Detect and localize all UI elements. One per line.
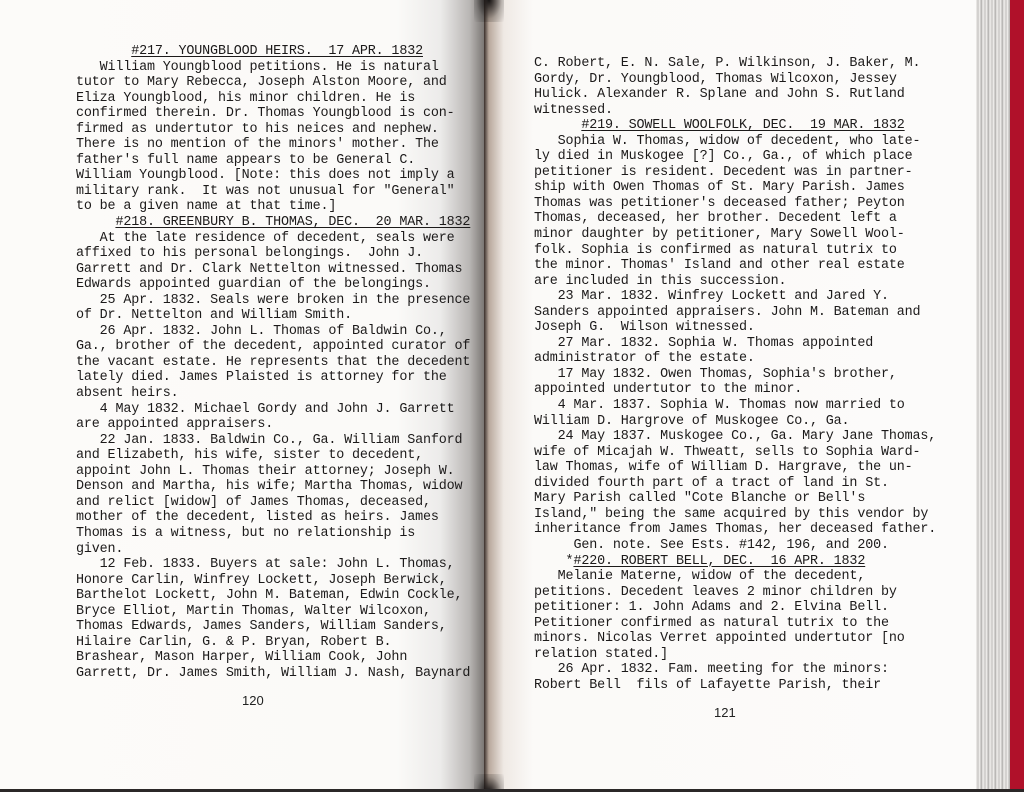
indent bbox=[76, 44, 131, 59]
heading-text: #218. GREENBURY B. THOMAS, DEC. 20 MAR. … bbox=[115, 215, 470, 230]
text-line: Garrett, Dr. James Smith, William J. Nas… bbox=[76, 666, 470, 682]
indent bbox=[534, 336, 558, 351]
line-text: Ga., brother of the decedent, appointed … bbox=[76, 339, 470, 354]
line-text: 4 May 1832. Michael Gordy and John J. Ga… bbox=[100, 402, 455, 417]
text-line: Edwards appointed guardian of the belong… bbox=[76, 277, 470, 293]
text-line: Petitioner confirmed as natural tutrix t… bbox=[534, 616, 936, 632]
text-line: 12 Feb. 1833. Buyers at sale: John L. Th… bbox=[76, 557, 470, 573]
line-text: absent heirs. bbox=[76, 386, 179, 401]
text-line: relation stated.] bbox=[534, 647, 936, 663]
text-line: 26 Apr. 1832. Fam. meeting for the minor… bbox=[534, 662, 936, 678]
book-cover-edge bbox=[1010, 0, 1024, 792]
line-text: mother of the decedent, listed as heirs.… bbox=[76, 510, 439, 525]
text-line: 24 May 1837. Muskogee Co., Ga. Mary Jane… bbox=[534, 429, 936, 445]
text-line: administrator of the estate. bbox=[534, 351, 936, 367]
line-text: ly died in Muskogee [?] Co., Ga., of whi… bbox=[534, 149, 913, 164]
indent bbox=[534, 398, 558, 413]
line-text: Petitioner confirmed as natural tutrix t… bbox=[534, 616, 889, 631]
text-line: military rank. It was not unusual for "G… bbox=[76, 184, 470, 200]
text-line: Thomas is a witness, but no relationship… bbox=[76, 526, 470, 542]
left-page-text: #217. YOUNGBLOOD HEIRS. 17 APR. 1832 Wil… bbox=[76, 44, 470, 681]
text-line: Thomas was petitioner's deceased father;… bbox=[534, 196, 936, 212]
text-line: Island," being the same acquired by this… bbox=[534, 507, 936, 523]
line-text: Bryce Elliot, Martin Thomas, Walter Wilc… bbox=[76, 604, 431, 619]
line-text: 4 Mar. 1837. Sophia W. Thomas now marrie… bbox=[558, 398, 905, 413]
indent bbox=[76, 433, 100, 448]
text-line: ship with Owen Thomas of St. Mary Parish… bbox=[534, 180, 936, 196]
line-text: the minor. Thomas' Island and other real… bbox=[534, 258, 905, 273]
text-line: law Thomas, wife of William D. Hargrave,… bbox=[534, 460, 936, 476]
line-text: of Dr. Nettelton and William Smith. bbox=[76, 308, 352, 323]
line-text: Eliza Youngblood, his minor children. He… bbox=[76, 91, 415, 106]
text-line: petitioner: 1. John Adams and 2. Elvina … bbox=[534, 600, 936, 616]
text-line: ly died in Muskogee [?] Co., Ga., of whi… bbox=[534, 149, 936, 165]
line-text: Gordy, Dr. Youngblood, Thomas Wilcoxon, … bbox=[534, 72, 897, 87]
line-text: are included in this succession. bbox=[534, 274, 786, 289]
line-text: military rank. It was not unusual for "G… bbox=[76, 184, 455, 199]
line-text: minor daughter by petitioner, Mary Sowel… bbox=[534, 227, 905, 242]
text-line: are included in this succession. bbox=[534, 274, 936, 290]
text-line: inheritance from James Thomas, her decea… bbox=[534, 522, 936, 538]
text-line: Sophia W. Thomas, widow of decedent, who… bbox=[534, 134, 936, 150]
line-text: father's full name appears to be General… bbox=[76, 153, 415, 168]
heading-text: #217. YOUNGBLOOD HEIRS. 17 APR. 1832 bbox=[131, 44, 423, 59]
entry-heading: *#220. ROBERT BELL, DEC. 16 APR. 1832 bbox=[534, 554, 936, 570]
line-text: minors. Nicolas Verret appointed undertu… bbox=[534, 631, 905, 646]
text-line: the vacant estate. He represents that th… bbox=[76, 355, 470, 371]
line-text: Thomas was petitioner's deceased father;… bbox=[534, 196, 905, 211]
right-page: C. Robert, E. N. Sale, P. Wilkinson, J. … bbox=[484, 0, 976, 792]
text-line: 25 Apr. 1832. Seals were broken in the p… bbox=[76, 293, 470, 309]
line-text: Honore Carlin, Winfrey Lockett, Joseph B… bbox=[76, 573, 447, 588]
indent bbox=[534, 367, 558, 382]
text-line: witnessed. bbox=[534, 103, 936, 119]
line-text: confirmed therein. Dr. Thomas Youngblood… bbox=[76, 106, 455, 121]
text-line: father's full name appears to be General… bbox=[76, 153, 470, 169]
text-line: to be a given name at that time.] bbox=[76, 199, 470, 215]
line-text: Island," being the same acquired by this… bbox=[534, 507, 928, 522]
indent bbox=[534, 134, 558, 149]
entry-heading: #217. YOUNGBLOOD HEIRS. 17 APR. 1832 bbox=[76, 44, 470, 60]
text-line: of Dr. Nettelton and William Smith. bbox=[76, 308, 470, 324]
indent bbox=[76, 402, 100, 417]
line-text: tutor to Mary Rebecca, Joseph Alston Moo… bbox=[76, 75, 447, 90]
line-text: Thomas, deceased, her brother. Decedent … bbox=[534, 211, 897, 226]
line-text: administrator of the estate. bbox=[534, 351, 755, 366]
line-text: Garrett and Dr. Clark Nettelton witnesse… bbox=[76, 262, 462, 277]
text-line: Gen. note. See Ests. #142, 196, and 200. bbox=[534, 538, 936, 554]
right-page-text: C. Robert, E. N. Sale, P. Wilkinson, J. … bbox=[534, 56, 936, 693]
line-text: to be a given name at that time.] bbox=[76, 199, 336, 214]
text-line: Denson and Martha, his wife; Martha Thom… bbox=[76, 479, 470, 495]
line-text: At the late residence of decedent, seals… bbox=[100, 231, 455, 246]
line-text: inheritance from James Thomas, her decea… bbox=[534, 522, 936, 537]
text-line: confirmed therein. Dr. Thomas Youngblood… bbox=[76, 106, 470, 122]
line-text: Brashear, Mason Harper, William Cook, Jo… bbox=[76, 650, 407, 665]
line-text: C. Robert, E. N. Sale, P. Wilkinson, J. … bbox=[534, 56, 920, 71]
heading-text: #219. SOWELL WOOLFOLK, DEC. 19 MAR. 1832 bbox=[581, 118, 904, 133]
text-line: 27 Mar. 1832. Sophia W. Thomas appointed bbox=[534, 336, 936, 352]
text-line: the minor. Thomas' Island and other real… bbox=[534, 258, 936, 274]
line-text: Melanie Materne, widow of the decedent, bbox=[558, 569, 866, 584]
line-text: and relict [widow] of James Thomas, dece… bbox=[76, 495, 431, 510]
line-text: Thomas is a witness, but no relationship… bbox=[76, 526, 415, 541]
indent bbox=[534, 429, 558, 444]
line-text: Hulick. Alexander R. Splane and John S. … bbox=[534, 87, 905, 102]
text-line: minors. Nicolas Verret appointed undertu… bbox=[534, 631, 936, 647]
text-line: 17 May 1832. Owen Thomas, Sophia's broth… bbox=[534, 367, 936, 383]
right-page-number: 121 bbox=[714, 705, 736, 720]
line-text: William D. Hargrove of Muskogee Co., Ga. bbox=[534, 414, 849, 429]
line-text: petitioner: 1. John Adams and 2. Elvina … bbox=[534, 600, 889, 615]
text-line: Hulick. Alexander R. Splane and John S. … bbox=[534, 87, 936, 103]
text-line: Gordy, Dr. Youngblood, Thomas Wilcoxon, … bbox=[534, 72, 936, 88]
text-line: Ga., brother of the decedent, appointed … bbox=[76, 339, 470, 355]
left-page: #217. YOUNGBLOOD HEIRS. 17 APR. 1832 Wil… bbox=[0, 0, 484, 792]
line-text: 25 Apr. 1832. Seals were broken in the p… bbox=[100, 293, 471, 308]
line-text: relation stated.] bbox=[534, 647, 668, 662]
line-text: wife of Micajah W. Thweatt, sells to Sop… bbox=[534, 445, 920, 460]
line-text: and Elizabeth, his wife, sister to deced… bbox=[76, 448, 423, 463]
entry-heading: #219. SOWELL WOOLFOLK, DEC. 19 MAR. 1832 bbox=[534, 118, 936, 134]
text-line: Garrett and Dr. Clark Nettelton witnesse… bbox=[76, 262, 470, 278]
text-line: 23 Mar. 1832. Winfrey Lockett and Jared … bbox=[534, 289, 936, 305]
line-text: Joseph G. Wilson witnessed. bbox=[534, 320, 755, 335]
indent bbox=[534, 538, 573, 553]
line-text: ship with Owen Thomas of St. Mary Parish… bbox=[534, 180, 905, 195]
line-text: 23 Mar. 1832. Winfrey Lockett and Jared … bbox=[558, 289, 889, 304]
line-text: Sophia W. Thomas, widow of decedent, who… bbox=[558, 134, 921, 149]
line-text: Sanders appointed appraisers. John M. Ba… bbox=[534, 305, 920, 320]
line-text: 26 Apr. 1832. Fam. meeting for the minor… bbox=[558, 662, 889, 677]
line-text: 24 May 1837. Muskogee Co., Ga. Mary Jane… bbox=[558, 429, 937, 444]
text-line: absent heirs. bbox=[76, 386, 470, 402]
text-line: given. bbox=[76, 542, 470, 558]
text-line: appointed undertutor to the minor. bbox=[534, 382, 936, 398]
text-line: and Elizabeth, his wife, sister to deced… bbox=[76, 448, 470, 464]
text-line: Honore Carlin, Winfrey Lockett, Joseph B… bbox=[76, 573, 470, 589]
text-line: lately died. James Plaisted is attorney … bbox=[76, 370, 470, 386]
text-line: Joseph G. Wilson witnessed. bbox=[534, 320, 936, 336]
line-text: Thomas Edwards, James Sanders, William S… bbox=[76, 619, 447, 634]
line-text: affixed to his personal belongings. John… bbox=[76, 246, 423, 261]
page-edges bbox=[976, 0, 1010, 792]
text-line: William D. Hargrove of Muskogee Co., Ga. bbox=[534, 414, 936, 430]
line-text: law Thomas, wife of William D. Hargrave,… bbox=[534, 460, 913, 475]
text-line: Hilaire Carlin, G. & P. Bryan, Robert B. bbox=[76, 635, 470, 651]
indent bbox=[534, 569, 558, 584]
text-line: Melanie Materne, widow of the decedent, bbox=[534, 569, 936, 585]
line-text: petitions. Decedent leaves 2 minor child… bbox=[534, 585, 897, 600]
text-line: affixed to his personal belongings. John… bbox=[76, 246, 470, 262]
line-text: appointed undertutor to the minor. bbox=[534, 382, 802, 397]
entry-heading: #218. GREENBURY B. THOMAS, DEC. 20 MAR. … bbox=[76, 215, 470, 231]
text-line: 26 Apr. 1832. John L. Thomas of Baldwin … bbox=[76, 324, 470, 340]
text-line: There is no mention of the minors' mothe… bbox=[76, 137, 470, 153]
text-line: petitions. Decedent leaves 2 minor child… bbox=[534, 585, 936, 601]
line-text: firmed as undertutor to his neices and n… bbox=[76, 122, 439, 137]
text-line: Mary Parish called "Cote Blanche or Bell… bbox=[534, 491, 936, 507]
text-line: tutor to Mary Rebecca, Joseph Alston Moo… bbox=[76, 75, 470, 91]
text-line: firmed as undertutor to his neices and n… bbox=[76, 122, 470, 138]
book-spread: #217. YOUNGBLOOD HEIRS. 17 APR. 1832 Wil… bbox=[0, 0, 1024, 792]
line-text: lately died. James Plaisted is attorney … bbox=[76, 370, 447, 385]
indent bbox=[76, 324, 100, 339]
line-text: William Youngblood petitions. He is natu… bbox=[100, 60, 439, 75]
text-line: Sanders appointed appraisers. John M. Ba… bbox=[534, 305, 936, 321]
heading-text: #220. ROBERT BELL, DEC. 16 APR. 1832 bbox=[573, 554, 865, 569]
indent: * bbox=[534, 554, 573, 569]
text-line: wife of Micajah W. Thweatt, sells to Sop… bbox=[534, 445, 936, 461]
line-text: Edwards appointed guardian of the belong… bbox=[76, 277, 431, 292]
line-text: the vacant estate. He represents that th… bbox=[76, 355, 470, 370]
text-line: folk. Sophia is confirmed as natural tut… bbox=[534, 243, 936, 259]
line-text: witnessed. bbox=[534, 103, 613, 118]
text-line: are appointed appraisers. bbox=[76, 417, 470, 433]
indent bbox=[76, 557, 100, 572]
text-line: petitioner is resident. Decedent was in … bbox=[534, 165, 936, 181]
line-text: Robert Bell fils of Lafayette Parish, th… bbox=[534, 678, 881, 693]
indent bbox=[534, 662, 558, 677]
line-text: Gen. note. See Ests. #142, 196, and 200. bbox=[573, 538, 888, 553]
line-text: are appointed appraisers. bbox=[76, 417, 273, 432]
line-text: William Youngblood. [Note: this does not… bbox=[76, 168, 455, 183]
indent bbox=[534, 118, 581, 133]
indent bbox=[76, 60, 100, 75]
text-line: divided fourth part of a tract of land i… bbox=[534, 476, 936, 492]
text-line: Robert Bell fils of Lafayette Parish, th… bbox=[534, 678, 936, 694]
indent bbox=[76, 293, 100, 308]
text-line: and relict [widow] of James Thomas, dece… bbox=[76, 495, 470, 511]
text-line: 4 Mar. 1837. Sophia W. Thomas now marrie… bbox=[534, 398, 936, 414]
line-text: There is no mention of the minors' mothe… bbox=[76, 137, 439, 152]
text-line: Thomas Edwards, James Sanders, William S… bbox=[76, 619, 470, 635]
line-text: 12 Feb. 1833. Buyers at sale: John L. Th… bbox=[100, 557, 455, 572]
indent bbox=[76, 215, 115, 230]
line-text: Denson and Martha, his wife; Martha Thom… bbox=[76, 479, 462, 494]
line-text: 26 Apr. 1832. John L. Thomas of Baldwin … bbox=[100, 324, 447, 339]
text-line: 22 Jan. 1833. Baldwin Co., Ga. William S… bbox=[76, 433, 470, 449]
line-text: appoint John L. Thomas their attorney; J… bbox=[76, 464, 455, 479]
text-line: William Youngblood. [Note: this does not… bbox=[76, 168, 470, 184]
indent bbox=[534, 289, 558, 304]
line-text: Garrett, Dr. James Smith, William J. Nas… bbox=[76, 666, 470, 681]
text-line: mother of the decedent, listed as heirs.… bbox=[76, 510, 470, 526]
text-line: At the late residence of decedent, seals… bbox=[76, 231, 470, 247]
line-text: given. bbox=[76, 542, 123, 557]
text-line: Thomas, deceased, her brother. Decedent … bbox=[534, 211, 936, 227]
text-line: appoint John L. Thomas their attorney; J… bbox=[76, 464, 470, 480]
indent bbox=[76, 231, 100, 246]
line-text: folk. Sophia is confirmed as natural tut… bbox=[534, 243, 897, 258]
text-line: Brashear, Mason Harper, William Cook, Jo… bbox=[76, 650, 470, 666]
line-text: petitioner is resident. Decedent was in … bbox=[534, 165, 913, 180]
spine-shadow-top bbox=[474, 0, 504, 22]
left-page-number: 120 bbox=[242, 693, 264, 708]
line-text: 27 Mar. 1832. Sophia W. Thomas appointed bbox=[558, 336, 873, 351]
line-text: 22 Jan. 1833. Baldwin Co., Ga. William S… bbox=[100, 433, 463, 448]
line-text: Mary Parish called "Cote Blanche or Bell… bbox=[534, 491, 865, 506]
line-text: Barthelot Lockett, John M. Bateman, Edwi… bbox=[76, 588, 462, 603]
text-line: Bryce Elliot, Martin Thomas, Walter Wilc… bbox=[76, 604, 470, 620]
line-text: Hilaire Carlin, G. & P. Bryan, Robert B. bbox=[76, 635, 391, 650]
text-line: minor daughter by petitioner, Mary Sowel… bbox=[534, 227, 936, 243]
text-line: William Youngblood petitions. He is natu… bbox=[76, 60, 470, 76]
line-text: divided fourth part of a tract of land i… bbox=[534, 476, 889, 491]
line-text: 17 May 1832. Owen Thomas, Sophia's broth… bbox=[558, 367, 897, 382]
text-line: C. Robert, E. N. Sale, P. Wilkinson, J. … bbox=[534, 56, 936, 72]
text-line: 4 May 1832. Michael Gordy and John J. Ga… bbox=[76, 402, 470, 418]
text-line: Barthelot Lockett, John M. Bateman, Edwi… bbox=[76, 588, 470, 604]
text-line: Eliza Youngblood, his minor children. He… bbox=[76, 91, 470, 107]
